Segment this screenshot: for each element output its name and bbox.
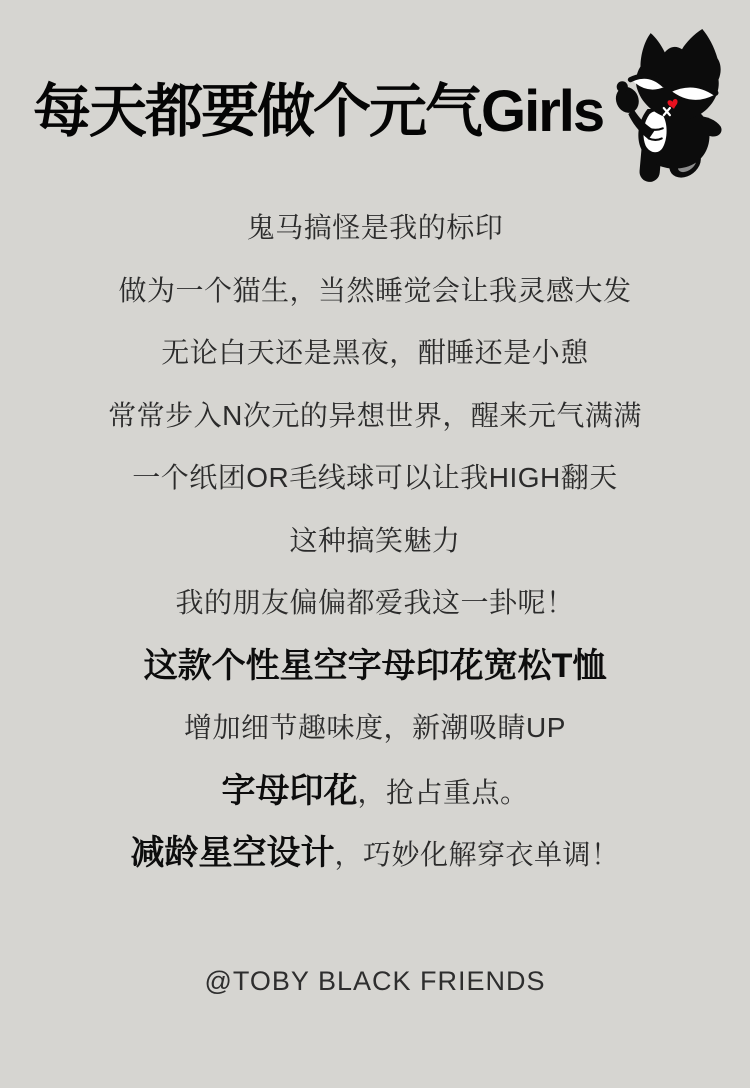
body-line: 做为一个猫生，当然睡觉会让我灵感大发	[0, 260, 750, 323]
feature-line: 字母印花，抢占重点。	[0, 760, 750, 823]
body-copy: 鬼马搞怪是我的标印 做为一个猫生，当然睡觉会让我灵感大发 无论白天还是黑夜，酣睡…	[0, 197, 750, 885]
feature-bold-text: 字母印花	[221, 772, 357, 810]
product-promo-page: 每天都要做个元气Girls	[0, 0, 750, 1088]
feature-rest-text: ，巧妙化解穿衣单调！	[334, 839, 619, 870]
body-line: 这种搞笑魅力	[0, 510, 750, 573]
black-cat-mascot-icon	[614, 26, 746, 184]
highlight-line: 这款个性星空字母印花宽松T恤	[0, 635, 750, 698]
body-line: 增加细节趣味度，新潮吸睛UP	[0, 697, 750, 760]
feature-line: 减龄星空设计，巧妙化解穿衣单调！	[0, 822, 750, 885]
body-line: 我的朋友偏偏都爱我这一卦呢！	[0, 572, 750, 635]
feature-rest-text: ，抢占重点。	[357, 777, 528, 808]
body-line: 一个纸团OR毛线球可以让我HIGH翻天	[0, 447, 750, 510]
page-title: 每天都要做个元气Girls	[33, 82, 603, 142]
body-line: 无论白天还是黑夜，酣睡还是小憩	[0, 322, 750, 385]
body-line: 常常步入N次元的异想世界，醒来元气满满	[0, 385, 750, 448]
feature-bold-text: 减龄星空设计	[130, 834, 334, 872]
body-line: 鬼马搞怪是我的标印	[0, 197, 750, 260]
brand-credit: @TOBY BLACK FRIENDS	[0, 966, 750, 997]
